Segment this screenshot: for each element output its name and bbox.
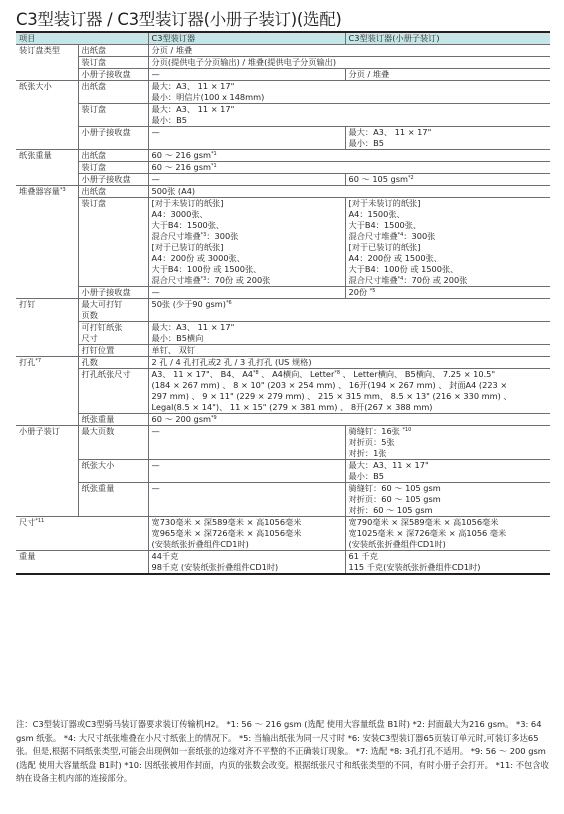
cell-line: 20份 *5 (349, 287, 548, 298)
table-row: 装订盘60 ～ 216 gsm*1 (16, 162, 550, 174)
value-c3-booklet: 最大：A3、11 × 17"最小：B5 (345, 460, 550, 483)
cell-line: 大于B4：100份 或 1500张、 (349, 264, 548, 275)
table-row: 纸张重量出纸盘60 ～ 216 gsm*1 (16, 150, 550, 162)
table-row: 装订盘分页(提供电子分页输出) / 堆叠(提供电子分页输出) (16, 57, 550, 69)
section-label: 堆叠器容量*3 (16, 186, 78, 299)
footnote-marker: *1 (211, 163, 217, 169)
spec-table: 项目C3型装订器C3型装订器(小册子装订)装订盘类型出纸盘分页 / 堆叠装订盘分… (16, 31, 550, 575)
sub-item-label: 小册子接收盘 (78, 69, 148, 81)
cell-line: 可打钉纸张 (82, 322, 145, 333)
cell-line: 混合尺寸堆叠*4：300张 (349, 231, 548, 242)
cell-line: 混合尺寸堆叠*3：300张 (152, 231, 342, 242)
value-c3: — (148, 69, 345, 81)
cell-line: 骑缝钉：16张 *10 (349, 426, 548, 437)
cell-line: 最大：A3、 11 × 17" (152, 104, 548, 115)
table-row: 堆叠器容量*3出纸盘500张 (A4) (16, 186, 550, 198)
footnote-marker: *10 (402, 427, 411, 433)
section-label-text: 打钉 (19, 299, 75, 310)
table-row: 可打钉纸张尺寸最大：A3、 11 × 17"最小：B5横向 (16, 322, 550, 345)
cell-line: 对折页：60 ～ 105 gsm (349, 494, 548, 505)
footnote-marker: *4 (398, 232, 404, 238)
sub-item-text: 出纸盘 (82, 150, 145, 161)
cell-line: 大于B4：1500张、 (152, 220, 342, 231)
sub-item-text: 小册子接收盘 (82, 127, 145, 138)
section-label: 装订盘类型 (16, 45, 78, 81)
value-c3-booklet: 分页 / 堆叠 (345, 69, 550, 81)
table-row: 小册子接收盘—60 ～ 105 gsm*2 (16, 174, 550, 186)
cell-line: 最小：明信片(100 x 148mm) (152, 92, 548, 103)
sub-item-text: 最大页数 (82, 426, 145, 437)
section-label: 纸张重量 (16, 150, 78, 186)
cell-line: 最大：A3、 11 × 17" (152, 81, 548, 92)
footnote-marker: *11 (35, 518, 44, 524)
cell-line: 98千克 (安装纸张折叠组件CD1时) (152, 562, 342, 573)
table-row: 纸张重量60 ～ 200 gsm*9 (16, 414, 550, 426)
footnote-marker: *8 (253, 370, 259, 376)
sub-item-label: 纸张大小 (78, 460, 148, 483)
value-c3: — (148, 426, 345, 460)
cell-line: [对于已装订的纸张] (152, 242, 342, 253)
cell-line: 宽1025毫米 × 深726毫米 × 高1056 毫米 (349, 528, 548, 539)
cell-line: A4：3000张、 (152, 209, 342, 220)
footnote-marker: *9 (211, 415, 217, 421)
cell-line: Legal(8.5 × 14")、 11 × 15" (279 × 381 mm… (152, 402, 548, 413)
cell-line: — (152, 69, 342, 80)
cell-line: 60 ～ 200 gsm*9 (152, 414, 548, 425)
table-row: 重量44千克98千克 (安装纸张折叠组件CD1时)61 千克115 千克(安装纸… (16, 551, 550, 575)
sub-item-label: 纸张重量 (78, 483, 148, 517)
footnote-marker: *2 (408, 175, 414, 181)
table-header-row: 项目C3型装订器C3型装订器(小册子装订) (16, 32, 550, 45)
footnote-marker: *5 (370, 288, 376, 294)
footnote-marker: *1 (211, 151, 217, 157)
sub-item-label: 装订盘 (78, 57, 148, 69)
section-label: 打钉 (16, 299, 78, 357)
cell-line: A4：1500张、 (349, 209, 548, 220)
sub-item-text: 打孔纸张尺寸 (82, 369, 145, 380)
sub-item-text: 出纸盘 (82, 45, 145, 56)
table-row: 小册子接收盘—分页 / 堆叠 (16, 69, 550, 81)
value-shared: 分页(提供电子分页输出) / 堆叠(提供电子分页输出) (148, 57, 550, 69)
value-shared: A3、 11 × 17"、 B4、 A4*8 、 A4横向、 Letter*8 … (148, 369, 550, 414)
cell-line: 单钉、 双钉 (152, 345, 548, 356)
cell-line: 50张 (少于90 gsm)*6 (152, 299, 548, 310)
table-row: 纸张大小出纸盘最大：A3、 11 × 17"最小：明信片(100 x 148mm… (16, 81, 550, 104)
page-title: C3型装订器 / C3型装订器(小册子装订)(选配) (16, 6, 342, 30)
value-shared: 60 ～ 216 gsm*1 (148, 162, 550, 174)
cell-line: 对折：60 ～ 105 gsm (349, 505, 548, 516)
sub-item-label: 小册子接收盘 (78, 174, 148, 186)
cell-line: 分页 / 堆叠 (152, 45, 548, 56)
footnote-marker: *3 (201, 276, 207, 282)
cell-line: (安装纸张折叠组件CD1时) (152, 539, 342, 550)
table-row: 打孔*7孔数2 孔 / 4 孔打孔或2 孔 / 3 孔打孔 (US 规格) (16, 357, 550, 369)
value-c3: [对于未装订的纸张]A4：3000张、大于B4：1500张、混合尺寸堆叠*3：3… (148, 198, 345, 287)
cell-line: A3、 11 × 17"、 B4、 A4*8 、 A4横向、 Letter*8 … (152, 369, 548, 380)
table-row: 装订盘类型出纸盘分页 / 堆叠 (16, 45, 550, 57)
value-c3: — (148, 174, 345, 186)
cell-line: — (152, 483, 342, 494)
section-label-text: 纸张大小 (19, 81, 75, 92)
cell-line: 大于B4：1500张、 (349, 220, 548, 231)
cell-line: 对折页：5张 (349, 437, 548, 448)
value-c3-booklet: 20份 *5 (345, 287, 550, 299)
cell-line: 最大：A3、11 × 17" (349, 460, 548, 471)
cell-line: — (152, 127, 342, 138)
sub-item-label: 孔数 (78, 357, 148, 369)
section-label-text: 堆叠器容量*3 (19, 186, 75, 197)
cell-line: 297 mm) 、 9 × 11" (229 × 279 mm) 、 215 ×… (152, 391, 548, 402)
table-row: 纸张重量—骑缝钉：60 ～ 105 gsm对折页：60 ～ 105 gsm对折：… (16, 483, 550, 517)
sub-item-label: 最大页数 (78, 426, 148, 460)
value-c3-booklet: 60 ～ 105 gsm*2 (345, 174, 550, 186)
footnote-marker: *7 (35, 358, 41, 364)
table-row: 尺寸*11宽730毫米 × 深589毫米 × 高1056毫米宽965毫米 × 深… (16, 517, 550, 551)
cell-line: 最小：B5 (349, 471, 548, 482)
table-row: 打钉最大可打钉页数50张 (少于90 gsm)*6 (16, 299, 550, 322)
cell-line: [对于已装订的纸张] (349, 242, 548, 253)
value-c3-booklet: 骑缝钉：16张 *10对折页：5张对折：1张 (345, 426, 550, 460)
sub-item-text: 纸张大小 (82, 460, 145, 471)
sub-item-text: 小册子接收盘 (82, 69, 145, 80)
cell-line: 60 ～ 216 gsm*1 (152, 162, 548, 173)
footnote-marker: *4 (398, 276, 404, 282)
sub-item-label: 打钉位置 (78, 345, 148, 357)
sub-item-text: 出纸盘 (82, 186, 145, 197)
cell-line: 宽790毫米 × 深589毫米 × 高1056毫米 (349, 517, 548, 528)
sub-item-label: 装订盘 (78, 198, 148, 287)
footnote-marker: *6 (226, 300, 232, 306)
section-label: 重量 (16, 551, 148, 575)
sub-item-label: 小册子接收盘 (78, 287, 148, 299)
value-shared: 60 ～ 200 gsm*9 (148, 414, 550, 426)
cell-line: 2 孔 / 4 孔打孔或2 孔 / 3 孔打孔 (US 规格) (152, 357, 548, 368)
cell-line: [对于未装订的纸张] (349, 198, 548, 209)
sub-item-label: 装订盘 (78, 104, 148, 127)
cell-line: 最小：B5 (152, 115, 548, 126)
cell-line: 骑缝钉：60 ～ 105 gsm (349, 483, 548, 494)
sub-item-text: 纸张重量 (82, 414, 145, 425)
value-c3-booklet: [对于未装订的纸张]A4：1500张、大于B4：1500张、混合尺寸堆叠*4：3… (345, 198, 550, 287)
cell-line: [对于未装订的纸张] (152, 198, 342, 209)
cell-line: 宽965毫米 × 深726毫米 × 高1056毫米 (152, 528, 342, 539)
sub-item-label: 出纸盘 (78, 81, 148, 104)
value-c3-booklet: 最大：A3、 11 × 17"最小：B5 (345, 127, 550, 150)
cell-line: 页数 (82, 310, 145, 321)
cell-line: (安装纸张折叠组件CD1时) (349, 539, 548, 550)
section-label-text: 装订盘类型 (19, 45, 75, 56)
sub-item-text: 出纸盘 (82, 81, 145, 92)
cell-line: 最大：A3、 11 × 17" (152, 322, 548, 333)
sub-item-label: 纸张重量 (78, 414, 148, 426)
sub-item-text: 小册子接收盘 (82, 174, 145, 185)
value-shared: 2 孔 / 4 孔打孔或2 孔 / 3 孔打孔 (US 规格) (148, 357, 550, 369)
value-shared: 50张 (少于90 gsm)*6 (148, 299, 550, 322)
sub-item-text: 小册子接收盘 (82, 287, 145, 298)
table-row: 装订盘最大：A3、 11 × 17"最小：B5 (16, 104, 550, 127)
table-row: 打钉位置单钉、 双钉 (16, 345, 550, 357)
cell-line: 44千克 (152, 551, 342, 562)
section-label: 尺寸*11 (16, 517, 148, 551)
sub-item-text: 装订盘 (82, 198, 145, 209)
sub-item-label: 出纸盘 (78, 186, 148, 198)
section-label-text: 重量 (19, 551, 145, 562)
table-row: 纸张大小—最大：A3、11 × 17"最小：B5 (16, 460, 550, 483)
header-c3: C3型装订器 (148, 32, 345, 45)
value-c3: — (148, 287, 345, 299)
value-c3: 44千克98千克 (安装纸张折叠组件CD1时) (148, 551, 345, 575)
cell-line: — (152, 460, 342, 471)
value-c3-booklet: 宽790毫米 × 深589毫米 × 高1056毫米宽1025毫米 × 深726毫… (345, 517, 550, 551)
footnote-marker: *3 (201, 232, 207, 238)
cell-line: — (152, 287, 342, 298)
sub-item-text: 孔数 (82, 357, 145, 368)
cell-line: A4：200份 或 3000张、 (152, 253, 342, 264)
sub-item-label: 小册子接收盘 (78, 127, 148, 150)
cell-line: A4：200份 或 1500张、 (349, 253, 548, 264)
footnote-marker: *3 (60, 187, 66, 193)
cell-line: 分页(提供电子分页输出) / 堆叠(提供电子分页输出) (152, 57, 548, 68)
value-shared: 500张 (A4) (148, 186, 550, 198)
cell-line: 尺寸 (82, 333, 145, 344)
cell-line: 500张 (A4) (152, 186, 548, 197)
table-row: 小册子接收盘—最大：A3、 11 × 17"最小：B5 (16, 127, 550, 150)
value-shared: 最大：A3、 11 × 17"最小：明信片(100 x 148mm) (148, 81, 550, 104)
footnote-marker: *8 (334, 370, 340, 376)
section-label: 打孔*7 (16, 357, 78, 426)
cell-line: 61 千克 (349, 551, 548, 562)
footnotes: 注：C3型装订器或C3型骑马装订器要求装订传输机H2。 *1: 56 ～ 216… (16, 718, 552, 786)
value-shared: 60 ～ 216 gsm*1 (148, 150, 550, 162)
header-c3-booklet: C3型装订器(小册子装订) (345, 32, 550, 45)
sub-item-label: 出纸盘 (78, 150, 148, 162)
section-label: 纸张大小 (16, 81, 78, 150)
table-row: 小册子接收盘—20份 *5 (16, 287, 550, 299)
section-label-text: 小册子装订 (19, 426, 75, 437)
cell-line: 宽730毫米 × 深589毫米 × 高1056毫米 (152, 517, 342, 528)
cell-line: 分页 / 堆叠 (349, 69, 548, 80)
sub-item-label: 出纸盘 (78, 45, 148, 57)
table-row: 打孔纸张尺寸A3、 11 × 17"、 B4、 A4*8 、 A4横向、 Let… (16, 369, 550, 414)
cell-line: 对折：1张 (349, 448, 548, 459)
sub-item-text: 装订盘 (82, 162, 145, 173)
cell-line: 60 ～ 216 gsm*1 (152, 150, 548, 161)
value-shared: 最大：A3、 11 × 17"最小：B5横向 (148, 322, 550, 345)
cell-line: — (152, 174, 342, 185)
sub-item-text: 纸张重量 (82, 483, 145, 494)
sub-item-label: 最大可打钉页数 (78, 299, 148, 322)
table-row: 装订盘[对于未装订的纸张]A4：3000张、大于B4：1500张、混合尺寸堆叠*… (16, 198, 550, 287)
cell-line: 大于B4：100份 或 1500张、 (152, 264, 342, 275)
cell-line: 60 ～ 105 gsm*2 (349, 174, 548, 185)
value-c3: — (148, 127, 345, 150)
value-c3: — (148, 483, 345, 517)
sub-item-text: 打钉位置 (82, 345, 145, 356)
value-c3: 宽730毫米 × 深589毫米 × 高1056毫米宽965毫米 × 深726毫米… (148, 517, 345, 551)
cell-line: 最大可打钉 (82, 299, 145, 310)
cell-line: (184 × 267 mm) 、 8 × 10" (203 × 254 mm) … (152, 380, 548, 391)
section-label: 小册子装订 (16, 426, 78, 517)
sub-item-label: 装订盘 (78, 162, 148, 174)
cell-line: 最小：B5 (349, 138, 548, 149)
sub-item-label: 可打钉纸张尺寸 (78, 322, 148, 345)
header-item: 项目 (16, 32, 148, 45)
cell-line: 混合尺寸堆叠*3：70份 或 200张 (152, 275, 342, 286)
cell-line: 混合尺寸堆叠*4：70份 或 200张 (349, 275, 548, 286)
cell-line: — (152, 426, 342, 437)
section-label-text: 打孔*7 (19, 357, 75, 368)
value-shared: 单钉、 双钉 (148, 345, 550, 357)
section-label-text: 纸张重量 (19, 150, 75, 161)
value-shared: 最大：A3、 11 × 17"最小：B5 (148, 104, 550, 127)
value-shared: 分页 / 堆叠 (148, 45, 550, 57)
value-c3-booklet: 骑缝钉：60 ～ 105 gsm对折页：60 ～ 105 gsm对折：60 ～ … (345, 483, 550, 517)
sub-item-text: 装订盘 (82, 57, 145, 68)
cell-line: 最大：A3、 11 × 17" (349, 127, 548, 138)
section-label-text: 尺寸*11 (19, 517, 145, 528)
value-c3: — (148, 460, 345, 483)
cell-line: 最小：B5横向 (152, 333, 548, 344)
cell-line: 115 千克(安装纸张折叠组件CD1时) (349, 562, 548, 573)
sub-item-text: 装订盘 (82, 104, 145, 115)
value-c3-booklet: 61 千克115 千克(安装纸张折叠组件CD1时) (345, 551, 550, 575)
table-row: 小册子装订最大页数—骑缝钉：16张 *10对折页：5张对折：1张 (16, 426, 550, 460)
sub-item-label: 打孔纸张尺寸 (78, 369, 148, 414)
